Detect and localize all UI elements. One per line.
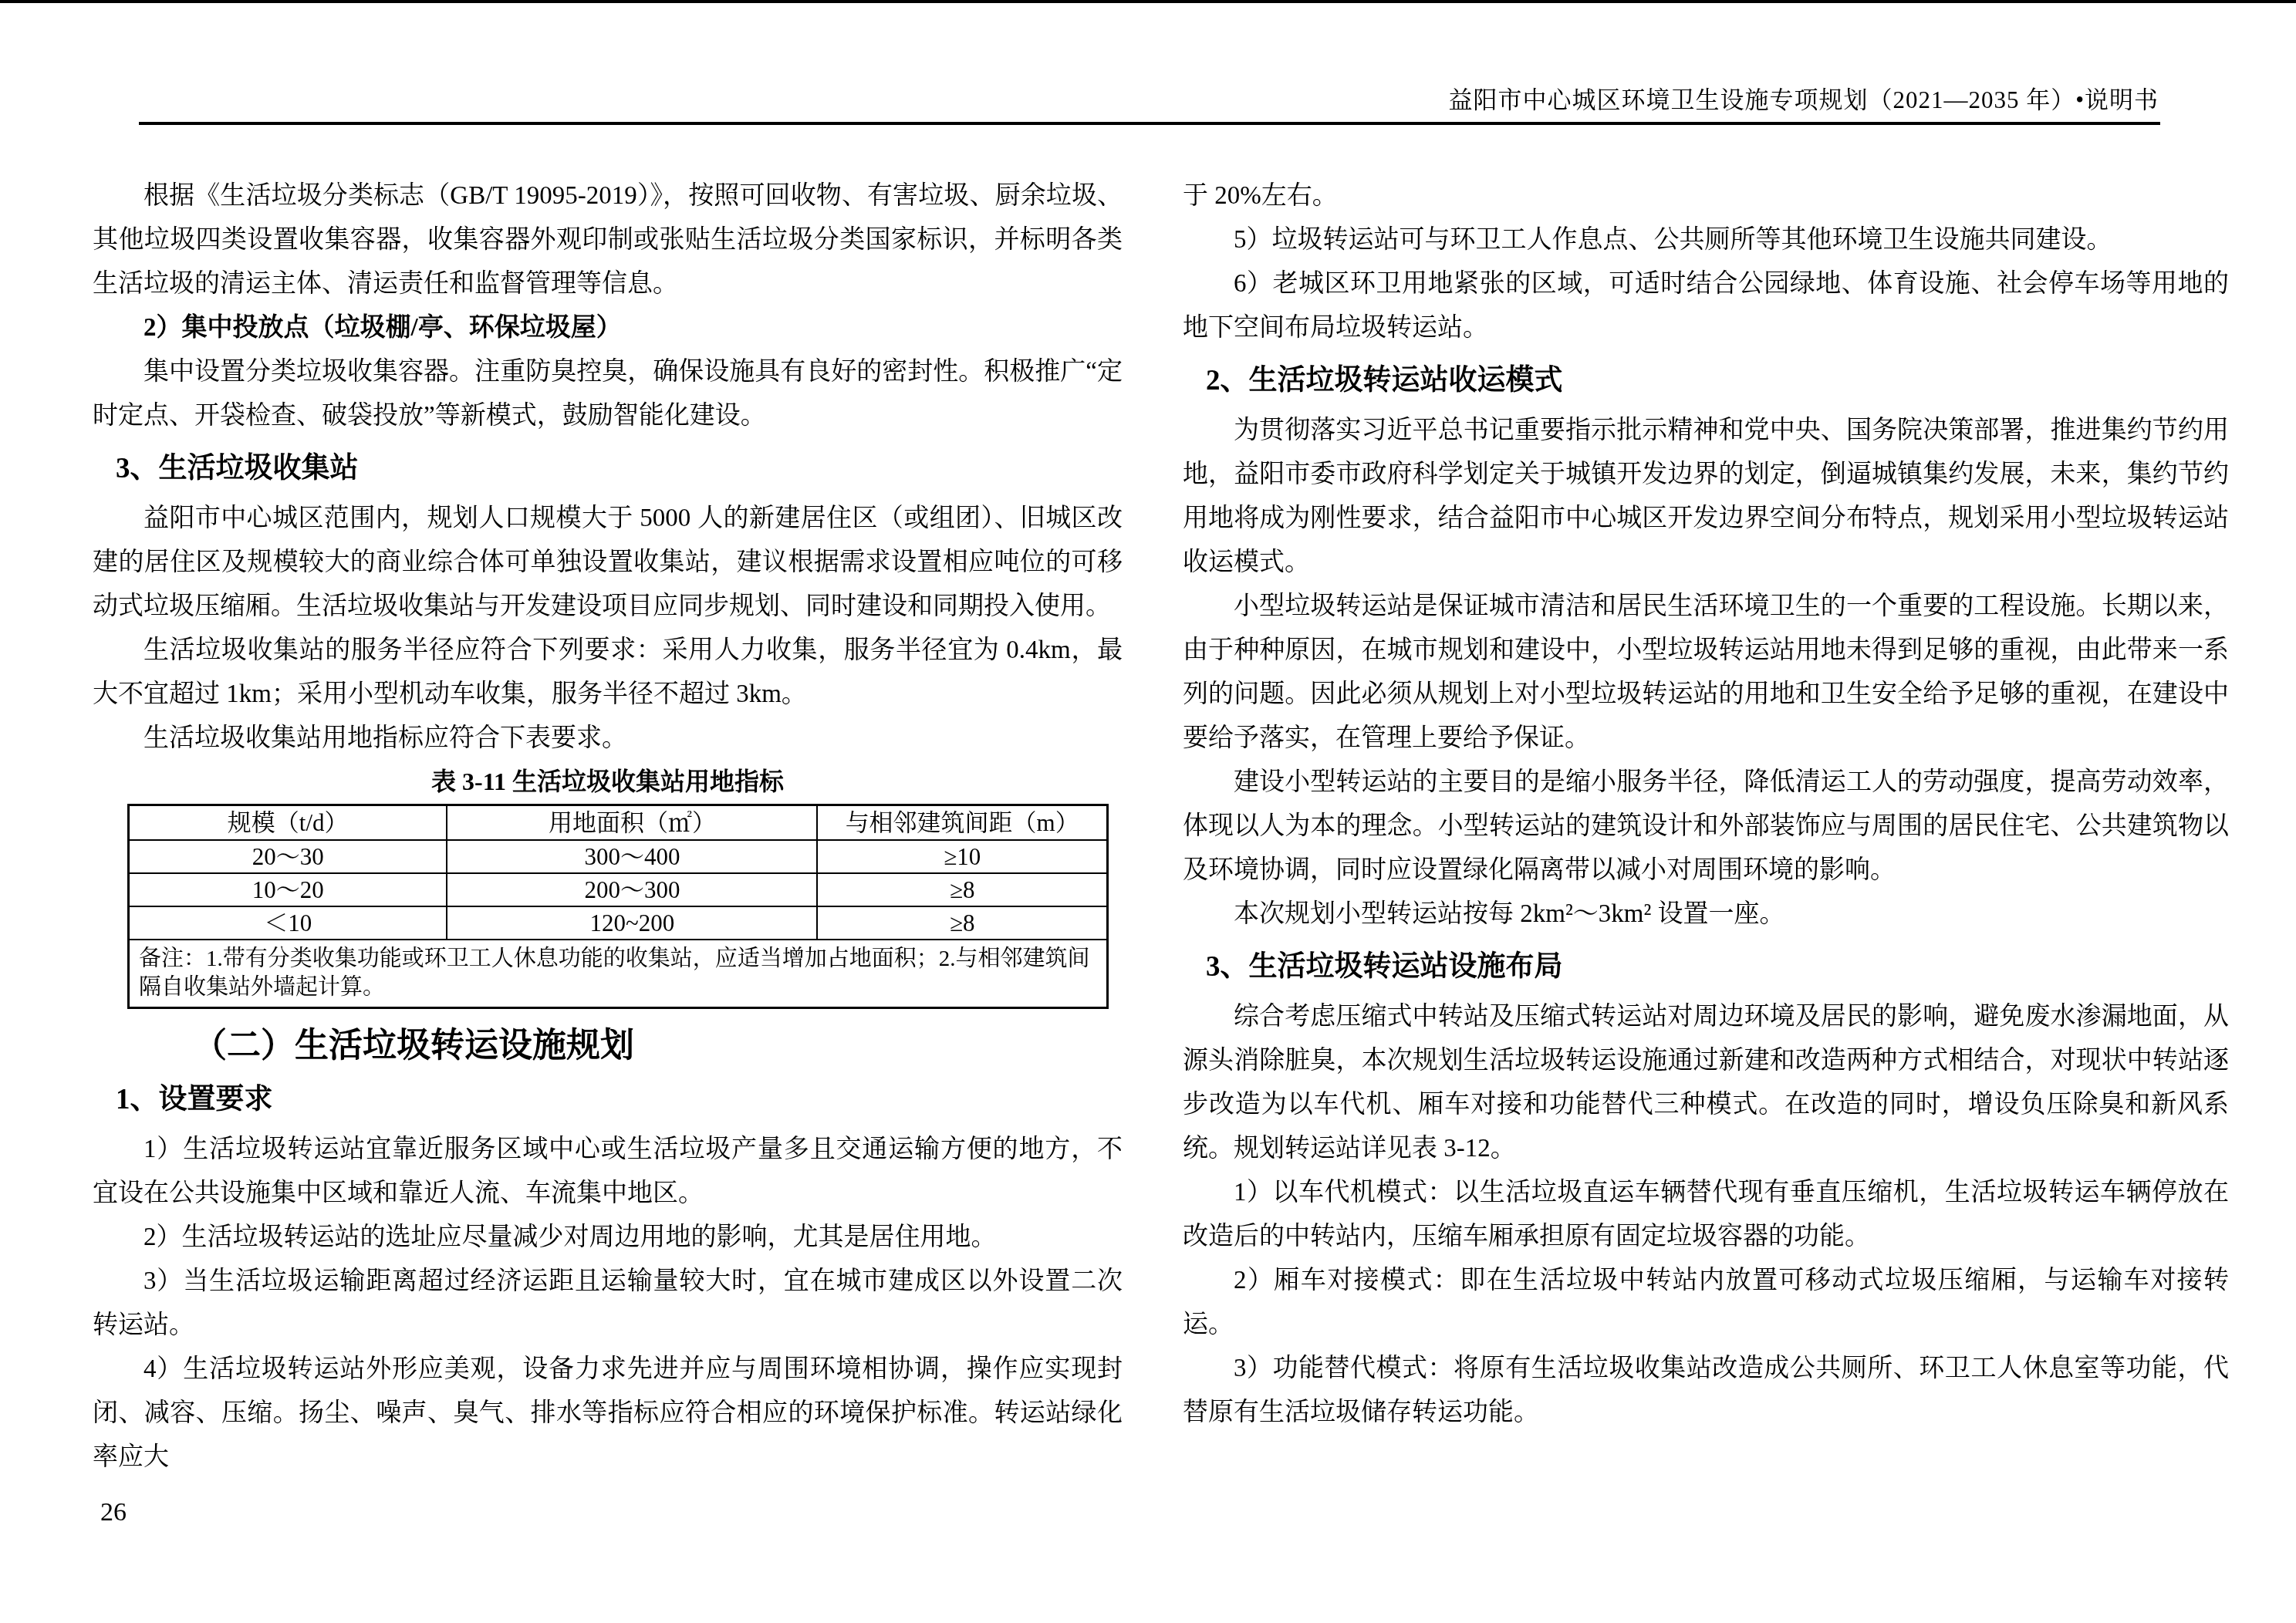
table-cell: ＜10	[129, 906, 447, 940]
table-cell: 200～300	[447, 873, 817, 906]
table-header-cell: 规模（t/d）	[129, 805, 447, 841]
paragraph: 2）生活垃圾转运站的选址应尽量减少对周边用地的影响，尤其是居住用地。	[93, 1216, 1123, 1260]
paragraph: 4）生活垃圾转运站外形应美观，设备力求先进并应与周围环境相协调，操作应实现封闭、…	[93, 1348, 1123, 1480]
table-cell: 300～400	[447, 840, 817, 873]
left-column: 根据《生活垃圾分类标志（GB/T 19095-2019）》，按照可回收物、有害垃…	[93, 174, 1123, 1480]
right-column: 于 20%左右。 5）垃圾转运站可与环卫工人作息点、公共厕所等其他环境卫生设施共…	[1183, 174, 2229, 1435]
paragraph: 根据《生活垃圾分类标志（GB/T 19095-2019）》，按照可回收物、有害垃…	[93, 174, 1123, 306]
paragraph: 5）垃圾转运站可与环卫工人作息点、公共厕所等其他环境卫生设施共同建设。	[1183, 218, 2229, 262]
paragraph: 益阳市中心城区范围内，规划人口规模大于 5000 人的新建居住区（或组团）、旧城…	[93, 497, 1123, 629]
paragraph: 3）功能替代模式：将原有生活垃圾收集站改造成公共厕所、环卫工人休息室等功能，代替…	[1183, 1347, 2229, 1435]
paragraph-continuation: 于 20%左右。	[1183, 174, 2229, 218]
table-caption: 表 3-11 生活垃圾收集站用地指标	[93, 764, 1123, 799]
heading-waste-collection-station: 3、生活垃圾收集站	[93, 449, 1123, 489]
table-header-row: 规模（t/d） 用地面积（㎡） 与相邻建筑间距（m）	[129, 805, 1108, 841]
land-use-indicator-table: 规模（t/d） 用地面积（㎡） 与相邻建筑间距（m） 20～30 300～400…	[127, 804, 1109, 1009]
paragraph: 小型垃圾转运站是保证城市清洁和居民生活环境卫生的一个重要的工程设施。长期以来，由…	[1183, 585, 2229, 761]
table-row: 20～30 300～400 ≥10	[129, 840, 1108, 873]
heading-transfer-facility-planning: （二）生活垃圾转运设施规划	[93, 1023, 1123, 1069]
heading-transfer-station-layout: 3、生活垃圾转运站设施布局	[1183, 947, 2229, 987]
paragraph: 6）老城区环卫用地紧张的区域，可适时结合公园绿地、体育设施、社会停车场等用地的地…	[1183, 262, 2229, 350]
page-header-title: 益阳市中心城区环境卫生设施专项规划（2021—2035 年）•说明书	[1448, 80, 2159, 115]
paragraph: 为贯彻落实习近平总书记重要指示批示精神和党中央、国务院决策部署，推进集约节约用地…	[1183, 409, 2229, 585]
table-note-row: 备注：1.带有分类收集功能或环卫工人休息功能的收集站，应适当增加占地面积；2.与…	[129, 940, 1108, 1008]
paragraph: 建设小型转运站的主要目的是缩小服务半径，降低清运工人的劳动强度，提高劳动效率，体…	[1183, 761, 2229, 892]
table-row: 10～20 200～300 ≥8	[129, 873, 1108, 906]
table-cell: 120~200	[447, 906, 817, 940]
table-header-cell: 用地面积（㎡）	[447, 805, 817, 841]
table-note: 备注：1.带有分类收集功能或环卫工人休息功能的收集站，应适当增加占地面积；2.与…	[129, 940, 1108, 1008]
table-header-cell: 与相邻建筑间距（m）	[817, 805, 1107, 841]
paragraph: 集中设置分类垃圾收集容器。注重防臭控臭，确保设施具有良好的密封性。积极推广“定时…	[93, 350, 1123, 438]
document-page: 益阳市中心城区环境卫生设施专项规划（2021—2035 年）•说明书 根据《生活…	[0, 0, 2296, 1623]
heading-setup-requirements: 1、设置要求	[93, 1080, 1123, 1120]
table-cell: 20～30	[129, 840, 447, 873]
subheading-collect-point: 2）集中投放点（垃圾棚/亭、环保垃圾屋）	[93, 306, 1123, 350]
paragraph: 1）生活垃圾转运站宜靠近服务区域中心或生活垃圾产量多且交通运输方便的地方，不宜设…	[93, 1128, 1123, 1216]
heading-transfer-station-mode: 2、生活垃圾转运站收运模式	[1183, 361, 2229, 401]
table-cell: ≥10	[817, 840, 1107, 873]
table-cell: ≥8	[817, 873, 1107, 906]
paragraph: 综合考虑压缩式中转站及压缩式转运站对周边环境及居民的影响，避免废水渗漏地面，从源…	[1183, 995, 2229, 1171]
table-row: ＜10 120~200 ≥8	[129, 906, 1108, 940]
page-number: 26	[100, 1498, 127, 1527]
paragraph: 生活垃圾收集站的服务半径应符合下列要求：采用人力收集，服务半径宜为 0.4km，…	[93, 629, 1123, 717]
paragraph: 生活垃圾收集站用地指标应符合下表要求。	[93, 717, 1123, 761]
table-cell: ≥8	[817, 906, 1107, 940]
table-cell: 10～20	[129, 873, 447, 906]
paragraph: 本次规划小型转运站按每 2km²～3km² 设置一座。	[1183, 892, 2229, 936]
paragraph: 1）以车代机模式：以生活垃圾直运车辆替代现有垂直压缩机，生活垃圾转运车辆停放在改…	[1183, 1171, 2229, 1259]
header-rule	[139, 122, 2160, 125]
paragraph: 2）厢车对接模式：即在生活垃圾中转站内放置可移动式垃圾压缩厢，与运输车对接转运。	[1183, 1259, 2229, 1347]
top-border	[0, 0, 2296, 3]
paragraph: 3）当生活垃圾运输距离超过经济运距且运输量较大时，宜在城市建成区以外设置二次转运…	[93, 1260, 1123, 1348]
